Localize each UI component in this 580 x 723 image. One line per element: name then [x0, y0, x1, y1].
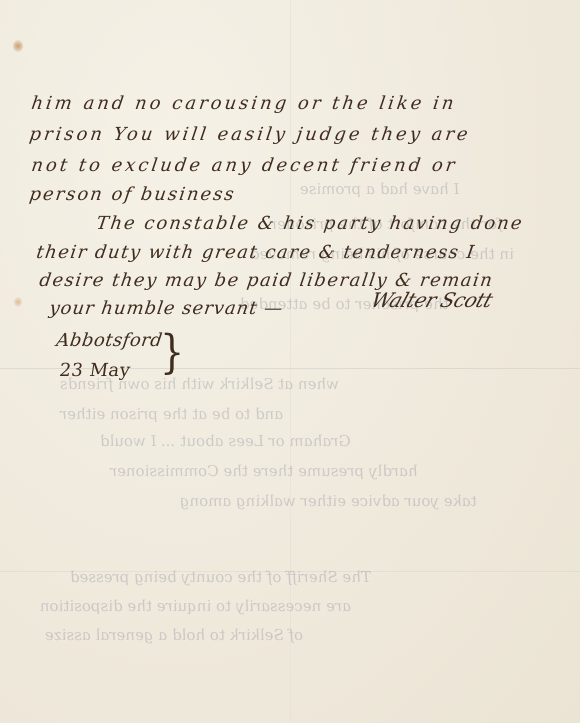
ink-stain	[14, 297, 22, 307]
ink-stain	[13, 40, 23, 52]
bleed-through-line: I have had a promise	[299, 180, 461, 198]
letter-place: Abbotsford	[55, 330, 164, 351]
bleed-through-line: and to be at the prison either	[59, 405, 285, 423]
bleed-through-line: Graham or Lees about ... I would	[99, 432, 352, 450]
letter-line: their duty with great care & tenderness …	[35, 242, 477, 263]
letter-line: him and no carousing or the like in	[30, 93, 458, 114]
signature: Walter Scott	[368, 288, 496, 312]
bleed-through-line: take your advice either walking among	[179, 492, 478, 510]
bleed-through-line: are necessarily to inquire the dispositi…	[39, 597, 353, 615]
letter-line: prison You will easily judge they are	[28, 124, 472, 145]
letter-line: The constable & his party having done	[95, 213, 525, 234]
bleed-through-line: hardly presume there the Commissioner	[109, 462, 419, 480]
letter-line: person of business	[28, 184, 237, 205]
letter-page: I have had a promise for the comfort of …	[0, 0, 580, 723]
letter-closing: your humble servant —	[48, 298, 285, 319]
letter-line: not to exclude any decent friend or	[30, 155, 459, 176]
date-brace: }	[160, 326, 184, 379]
letter-date: 23 May	[58, 360, 132, 381]
bleed-through-line: The Sheriff of the county being pressed	[69, 568, 373, 586]
bleed-through-line: of Selkirk to hold a general assize	[44, 626, 305, 644]
